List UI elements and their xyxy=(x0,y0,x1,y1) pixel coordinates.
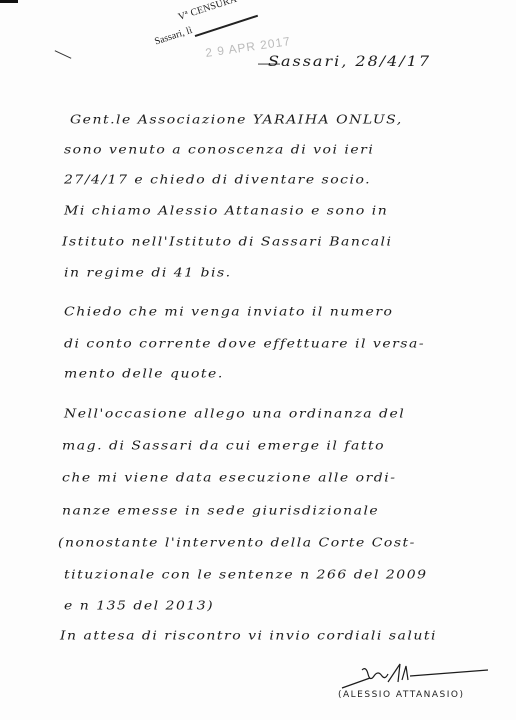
letter-line: (nonostante l'intervento della Corte Cos… xyxy=(58,536,416,550)
stamp-title: Vª CENSURA xyxy=(177,0,239,23)
letter-salutation: Gent.le Associazione YARAIHA ONLUS, xyxy=(70,113,403,127)
stamp-place: Sassari, lì xyxy=(153,25,193,47)
letter-line: tituzionale con le sentenze n 266 del 20… xyxy=(64,568,428,582)
letter-line: Nell'occasione allego una ordinanza del xyxy=(64,407,405,421)
scan-corner-mark xyxy=(0,0,18,3)
letter-line: 27/4/17 e chiedo di diventare socio. xyxy=(64,173,371,187)
letter-line: mento delle quote. xyxy=(64,367,224,381)
stamp-underline xyxy=(195,15,258,37)
letter-line: di conto corrente dove effettuare il ver… xyxy=(64,337,425,351)
letter-line: che mi viene data esecuzione alle ordi- xyxy=(62,471,396,485)
letter-line: Mi chiamo Alessio Attanasio e sono in xyxy=(64,204,388,218)
letter-place-date: Sassari, 28/4/17 xyxy=(268,53,431,69)
letter-line: Chiedo che mi venga inviato il numero xyxy=(64,305,393,319)
letter-line: e n 135 del 2013) xyxy=(64,599,214,613)
letter-page: Vª CENSURA Sassari, lì 2 9 APR 2017 Sass… xyxy=(0,0,516,720)
letter-line: in regime di 41 bis. xyxy=(64,266,232,280)
letter-line: In attesa di riscontro vi invio cordiali… xyxy=(60,629,437,643)
letter-line: nanze emesse in sede giurisdizionale xyxy=(62,504,379,518)
letter-line: sono venuto a conoscenza di voi ieri xyxy=(64,143,374,157)
signature-printed-name: (ALESSIO ATTANASIO) xyxy=(338,690,465,700)
letter-line: mag. di Sassari da cui emerge il fatto xyxy=(62,439,385,453)
stray-pen-mark xyxy=(55,50,72,59)
handwritten-signature xyxy=(340,660,490,690)
letter-line: Istituto nell'Istituto di Sassari Bancal… xyxy=(62,235,393,249)
